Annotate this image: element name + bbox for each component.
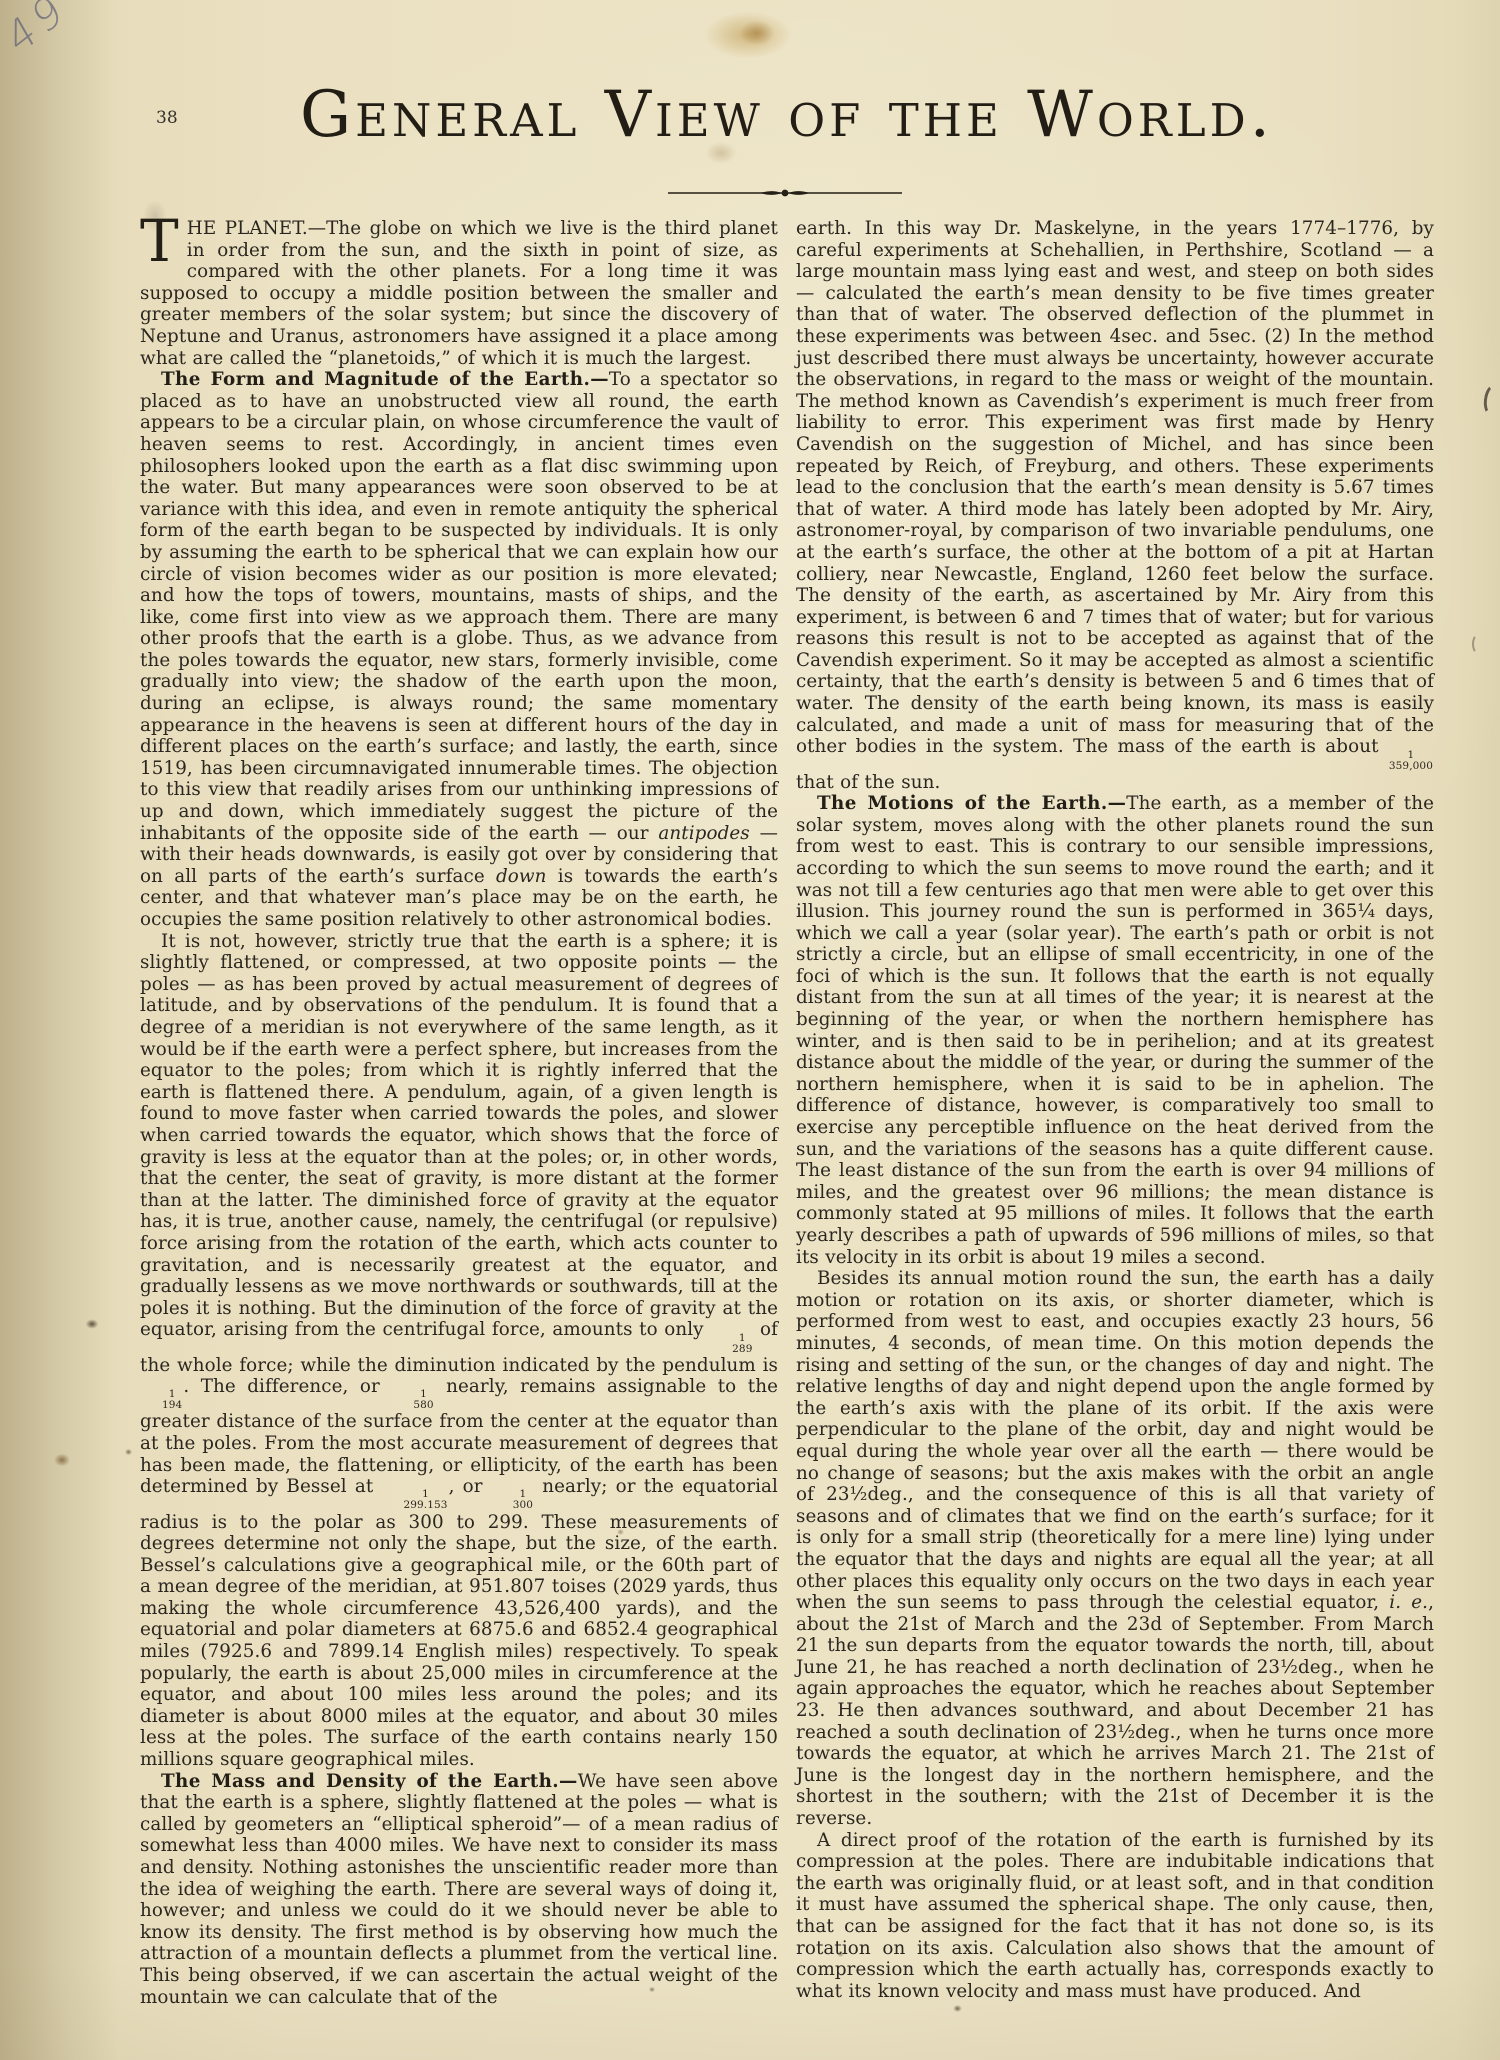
stacked-fraction: 1299.153	[382, 1489, 447, 1511]
stacked-fraction: 1359,000	[1389, 750, 1433, 772]
scan-artifact-mark	[1472, 634, 1484, 654]
text-columns: THE PLANET.—The globe on which we live i…	[140, 218, 1434, 2008]
divider-ornament-icon	[668, 186, 902, 200]
binding-gutter-shadow	[0, 0, 118, 2060]
right-column: earth. In this way Dr. Maskelyne, in the…	[796, 218, 1434, 2008]
italic-term: antipodes	[658, 823, 749, 844]
paragraph: A direct proof of the rotation of the ea…	[796, 1830, 1434, 2003]
page-title: General View of the World.	[140, 78, 1434, 152]
paragraph: earth. In this way Dr. Maskelyne, in the…	[796, 218, 1434, 793]
section-heading: The Mass and Density of the Earth.—	[161, 1771, 578, 1792]
paper-stain	[734, 16, 780, 50]
stacked-fraction: 1580	[392, 1389, 433, 1411]
paragraph: It is not, however, strictly true that t…	[140, 931, 778, 1771]
scan-artifact-mark	[1482, 383, 1500, 417]
left-column: THE PLANET.—The globe on which we live i…	[140, 218, 778, 2008]
section-heading: The Motions of the Earth.—	[817, 793, 1126, 814]
paragraph: Besides its annual motion round the sun,…	[796, 1268, 1434, 1829]
paper-speck	[124, 1448, 133, 1456]
paragraph: The Motions of the Earth.—The earth, as …	[796, 793, 1434, 1268]
stacked-fraction: 1194	[141, 1389, 182, 1411]
stacked-fraction: 1289	[711, 1333, 752, 1355]
italic-term: i. e.	[1389, 1592, 1428, 1613]
paper-stain	[688, 2, 808, 68]
italic-term: down	[496, 866, 547, 887]
section-heading: The Form and Magnitude of the Earth.—	[161, 369, 609, 390]
scanned-book-page: 49 38 General View of the World. THE PLA…	[0, 0, 1500, 2060]
paragraph: The Form and Magnitude of the Earth.—To …	[140, 369, 778, 930]
drop-cap: T	[140, 218, 187, 262]
paragraph: The Mass and Density of the Earth.—We ha…	[140, 1771, 778, 2009]
stacked-fraction: 1300	[492, 1489, 533, 1511]
paragraph: THE PLANET.—The globe on which we live i…	[140, 218, 778, 369]
